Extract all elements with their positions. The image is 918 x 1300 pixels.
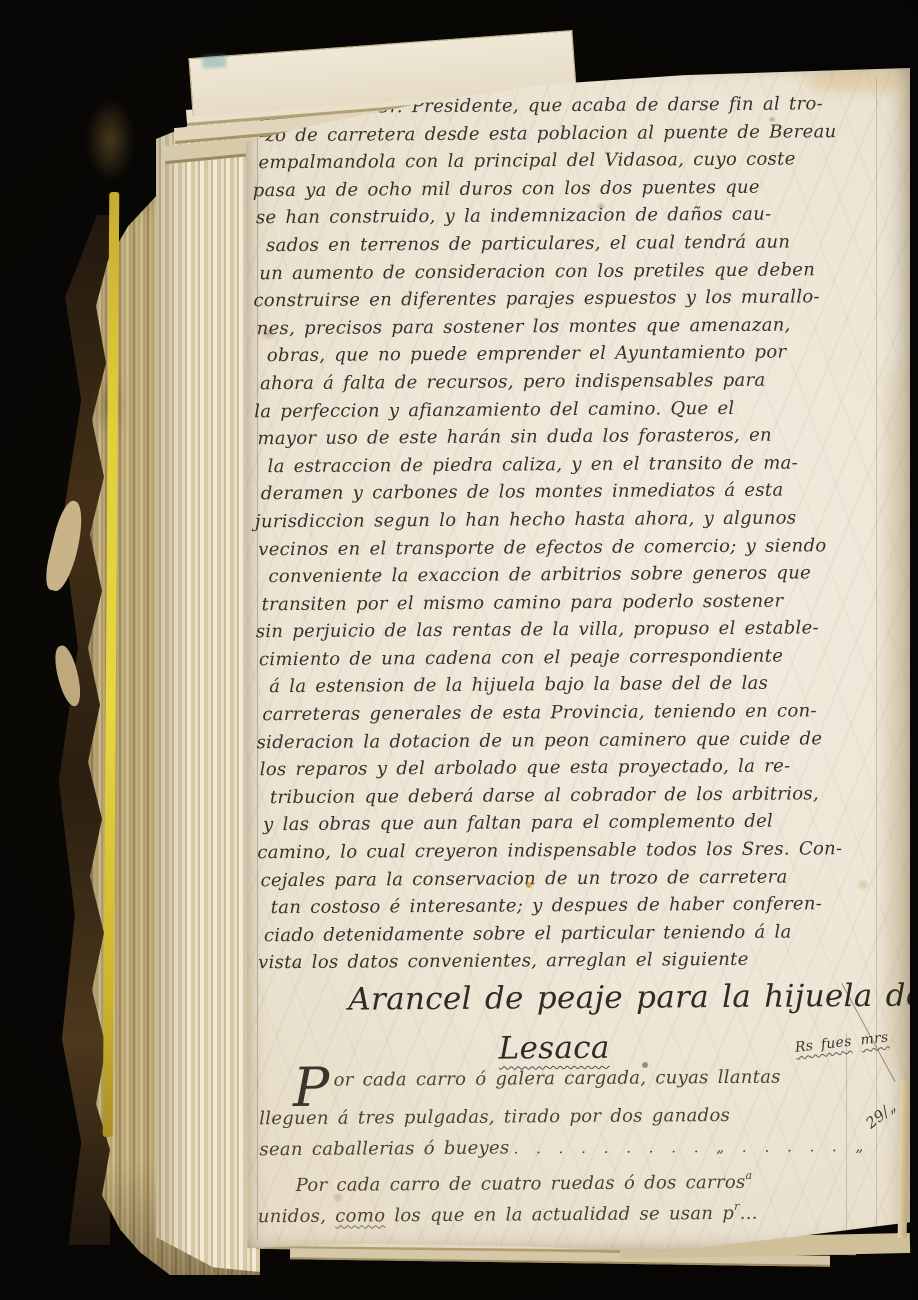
tariff-item-text: or cada carro ó galera cargada, cuyas ll…	[333, 1067, 780, 1091]
stack-stain	[86, 98, 134, 182]
faint-blue-stamp	[202, 54, 227, 69]
tariff-item-1-line-1: Por cada carro ó galera cargada, cuyas l…	[293, 1067, 781, 1098]
manuscript-line: vista los datos convenientes, arreglan e…	[258, 945, 906, 977]
near-page-edges	[156, 104, 260, 1272]
tariff-item-text: los que en la actualidad se usan p	[385, 1203, 734, 1226]
margin-amount-note: 29/„	[862, 1098, 899, 1133]
column-header-reales: Rs fues	[794, 1034, 852, 1056]
body-paragraph: nifestó el Sr. Presidente, que acaba de …	[252, 90, 906, 978]
manuscript-line: zo de carretera desde esta poblacion al …	[252, 117, 900, 149]
tariff-item-2-line-1: Por cada carro de cuatro ruedas ó dos ca…	[296, 1169, 753, 1196]
underlined-word: como	[335, 1205, 385, 1226]
tariff-item-2-line-2: unidos, como los que en la actualidad se…	[258, 1200, 758, 1227]
tariff-item-text: Por cada carro de cuatro ruedas ó dos ca…	[296, 1172, 746, 1196]
amount-column-headers: Rs fuesmrs	[794, 1028, 898, 1055]
manuscript-line: carreteras generales de esta Provincia, …	[256, 697, 904, 729]
column-header-maravedis: mrs	[860, 1029, 890, 1048]
handwritten-text: nifestó el Sr. Presidente, que acaba de …	[242, 66, 914, 1256]
tariff-item-text: unidos,	[258, 1206, 336, 1228]
ditto-mark: „	[855, 1137, 863, 1155]
manuscript-line: construirse en diferentes parajes espues…	[253, 283, 901, 315]
tariff-heading: Arancel de peaje para la hijuela de	[348, 978, 918, 1018]
manuscript-line: sideracion la dotacion de un peon camine…	[256, 724, 904, 756]
manuscript-page: nifestó el Sr. Presidente, que acaba de …	[246, 68, 910, 1253]
dotted-leader: . . . . . . . . . „ . . . . . . . . . . …	[509, 1137, 855, 1157]
tariff-item-1-line-3: sean caballerias ó bueyes . . . . . . . …	[259, 1135, 863, 1160]
tariff-heading-place: Lesaca	[499, 1030, 610, 1067]
tariff-item-text: sean caballerias ó bueyes	[259, 1137, 509, 1160]
trailing-dots: ...	[740, 1203, 758, 1224]
manuscript-line: tribucion que deberá darse al cobrador d…	[257, 780, 905, 812]
manuscript-line: sin perjuicio de las rentas de la villa,…	[256, 614, 904, 646]
manuscript-book-photo: nifestó el Sr. Presidente, que acaba de …	[0, 0, 918, 1300]
manuscript-line: tan costoso é interesante; y despues de …	[258, 890, 906, 922]
tariff-item-1-line-2: lleguen á tres pulgadas, tirado por dos …	[259, 1105, 730, 1129]
manuscript-line: camino, lo cual creyeron indispensable t…	[257, 835, 905, 867]
manuscript-line: conveniente la exaccion de arbitrios sob…	[255, 559, 903, 591]
inserted-letter: a	[745, 1169, 752, 1182]
